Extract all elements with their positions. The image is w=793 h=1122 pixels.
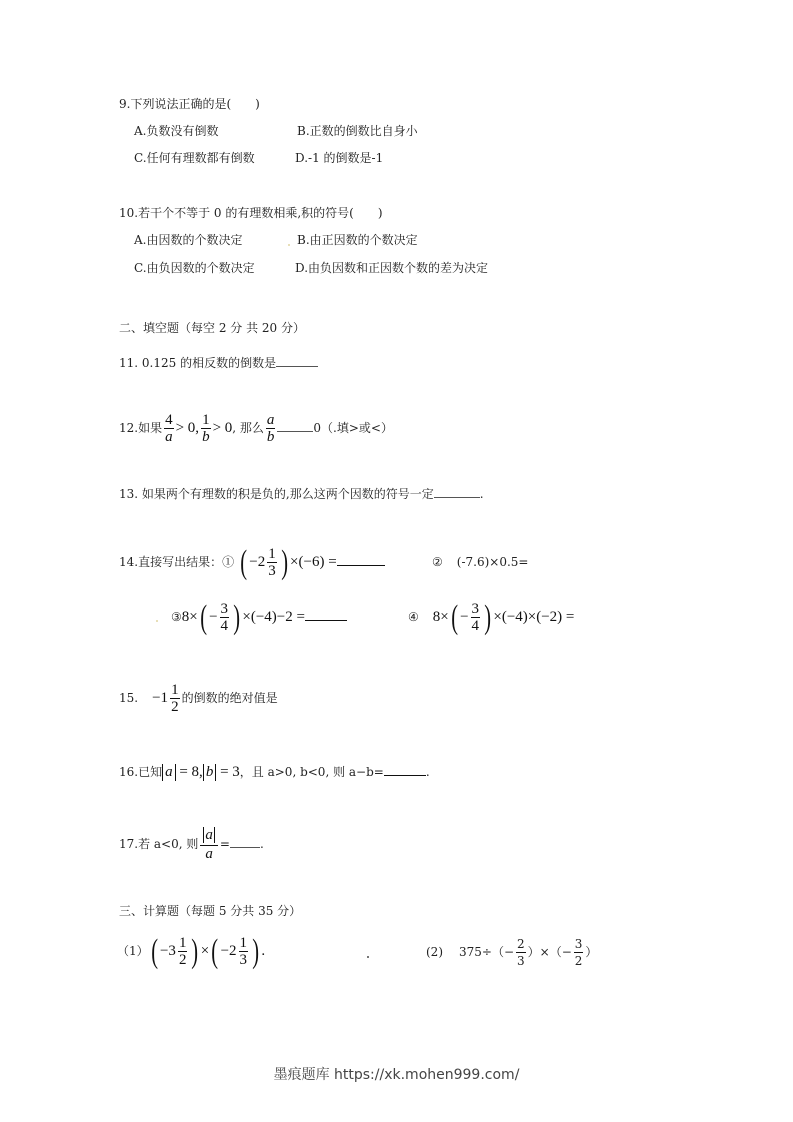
expression-rest: ×(−4)−2 = [242, 609, 305, 625]
expression-2: (-7.6)×0.5= [457, 555, 529, 569]
question-15: 15.−112的倒数的绝对值是 [119, 680, 278, 716]
numerator: 1 [178, 935, 188, 951]
circled-3: ③ [171, 610, 182, 624]
fraction-1-over-3: 13 [239, 935, 249, 968]
period: . [480, 487, 484, 501]
fraction-abs-a-over-a: aa [200, 827, 218, 862]
left-paren: ( [451, 603, 458, 633]
right-paren: ) [233, 603, 240, 633]
question-9-option-d: D.-1 的倒数是-1 [295, 150, 383, 166]
fraction-3-over-4: 34 [220, 601, 230, 634]
equals: = [220, 837, 230, 851]
left-paren: ( [200, 603, 207, 633]
fraction-1-over-3: 13 [267, 546, 277, 579]
fraction-3-over-4: 34 [471, 601, 481, 634]
calc-1: （1）(−312)×(−213). [117, 930, 265, 972]
denominator: b [266, 428, 276, 445]
question-14-part-3: ③8×(−34)×(−4)−2 = [171, 597, 347, 637]
numerator: 3 [220, 601, 230, 617]
right-paren: ) [281, 548, 288, 578]
expression-rest: ×(−6) = [290, 554, 337, 570]
denominator: 3 [516, 952, 526, 969]
denominator: a [200, 845, 218, 862]
calc-1-label: （1） [117, 944, 149, 958]
answer-blank[interactable] [305, 608, 347, 621]
numerator: 3 [574, 936, 584, 952]
stray-dot [367, 956, 369, 958]
answer-blank[interactable] [434, 485, 480, 498]
fraction-3-over-2: 32 [574, 936, 584, 969]
question-13-text: 13. 如果两个有理数的积是负的,那么这两个因数的符号一定 [119, 487, 434, 501]
question-16-text: ，且 a>0, b<0, 则 a−b= [240, 765, 384, 779]
expression-3: 8×(−34)×(−4)−2 = [182, 609, 305, 625]
numerator: 1 [201, 412, 211, 428]
numerator: 3 [471, 601, 481, 617]
question-9-option-a: A.负数没有倒数 [134, 123, 218, 139]
section-2-title: 二、填空题（每空 2 分 共 20 分） [119, 320, 305, 336]
left-paren: ( [151, 937, 158, 967]
answer-blank[interactable] [337, 553, 385, 566]
question-17-prefix: 17.若 a<0, 则 [119, 837, 198, 851]
question-15-prefix: 15. [119, 691, 138, 705]
whole-part: −3 [160, 943, 176, 959]
expression-lead: 8× [433, 609, 449, 625]
whole-part: −2 [221, 943, 237, 959]
abs-a: a [162, 764, 176, 781]
numerator: 1 [170, 682, 180, 698]
abs-b: b [203, 764, 217, 781]
denominator: 3 [267, 562, 277, 579]
left-paren: ( [212, 937, 219, 967]
question-10-stem: 10.若干个不等于 0 的有理数相乘,积的符号( ) [119, 205, 383, 221]
numerator: 1 [239, 935, 249, 951]
inequality-1: > 0, [176, 420, 199, 436]
right-paren: ) [252, 937, 259, 967]
question-9-option-c: C.任何有理数都有倒数 [134, 150, 255, 166]
denominator: 3 [239, 951, 249, 968]
denominator: 2 [178, 951, 188, 968]
denominator: 4 [220, 617, 230, 634]
question-14-part-4: ④8×(−34)×(−4)×(−2) = [408, 597, 574, 637]
question-17: 17.若 a<0, 则aa=. [119, 822, 264, 866]
question-14-part-2: ②(-7.6)×0.5= [432, 554, 528, 570]
question-9-option-b: B.正数的倒数比自身小 [297, 123, 418, 139]
question-12: 12.如果4a> 0,1b> 0, 那么ab0（.填>或<） [119, 410, 393, 446]
question-12-mid: , 那么 [232, 421, 264, 435]
question-13: 13. 如果两个有理数的积是负的,那么这两个因数的符号一定. [119, 485, 484, 502]
question-14-prefix: 14.直接写出结果：① [119, 555, 234, 569]
fraction-1-over-b: 1b [201, 412, 211, 445]
minus: − [460, 609, 468, 625]
equals-8: = 8, [179, 764, 202, 780]
section-3-title: 三、计算题（每题 5 分共 35 分） [119, 903, 301, 919]
expression-rest: ×(−4)×(−2) = [493, 609, 574, 625]
left-paren: ( [240, 548, 247, 578]
question-9-stem: 9.下列说法正确的是( ) [119, 96, 260, 112]
answer-blank[interactable] [384, 763, 426, 776]
question-16: 16.已知a = 8,b = 3，且 a>0, b<0, 则 a−b=. [119, 760, 430, 784]
equals-3: = 3 [220, 764, 240, 780]
expression-1: (−213)×(−6) = [238, 554, 337, 570]
denominator: 2 [170, 698, 180, 715]
inequality-2: > 0 [213, 420, 233, 436]
answer-blank[interactable] [230, 835, 260, 848]
fraction-1-over-2: 12 [170, 682, 180, 715]
calc-1-expression: (−312)×(−213). [149, 943, 265, 959]
abs-expression: a = 8,b = 3 [162, 764, 240, 780]
numerator-abs-a: a [203, 827, 215, 843]
whole-part: −1 [152, 690, 168, 706]
fraction-4-over-a: 4a [164, 412, 174, 445]
numerator: 1 [267, 546, 277, 562]
numerator: 4 [164, 412, 174, 428]
question-12-suffix: 0（.填>或<） [313, 421, 393, 435]
period: . [261, 943, 265, 959]
times: × [201, 943, 209, 959]
question-11: 11. 0.125 的相反数的倒数是 [119, 354, 318, 371]
question-15-text: 的倒数的绝对值是 [182, 691, 278, 705]
denominator: a [164, 428, 174, 445]
stray-dot [156, 620, 158, 622]
question-14-row-1: 14.直接写出结果：① (−213)×(−6) = [119, 543, 385, 581]
denominator: b [201, 428, 211, 445]
circled-2: ② [432, 555, 443, 569]
question-11-text: 11. 0.125 的相反数的倒数是 [119, 356, 276, 370]
denominator: 2 [574, 952, 584, 969]
numerator: a [266, 412, 276, 428]
question-10-option-d: D.由负因数和正因数个数的差为决定 [295, 260, 488, 276]
calc-2-end: ） [585, 945, 597, 959]
fraction-2-over-3: 23 [516, 936, 526, 969]
question-10-option-b: B.由正因数的个数决定 [297, 232, 418, 248]
period: . [260, 837, 264, 851]
minus: − [209, 609, 217, 625]
question-10-option-a: A.由因数的个数决定 [134, 232, 242, 248]
question-10-option-c: C.由负因数的个数决定 [134, 260, 255, 276]
numerator: 2 [516, 936, 526, 952]
denominator: 4 [471, 617, 481, 634]
calc-2-mid: ）×（− [528, 945, 572, 959]
calc-2: (2)375÷（−23）×（−32） [426, 932, 597, 972]
fraction-1-over-2: 12 [178, 935, 188, 968]
period: . [426, 765, 430, 779]
question-16-prefix: 16.已知 [119, 765, 162, 779]
question-12-prefix: 12.如果 [119, 421, 162, 435]
right-paren: ) [192, 937, 199, 967]
expression-4: 8×(−34)×(−4)×(−2) = [433, 609, 575, 625]
fraction-a-over-b: ab [266, 412, 276, 445]
footer-watermark: 墨痕题库 https://xk.mohen999.com/ [0, 1064, 793, 1084]
whole-part: −2 [249, 554, 265, 570]
calc-2-lead: 375÷（− [459, 945, 514, 959]
answer-blank[interactable] [276, 354, 318, 367]
calc-2-label: (2) [426, 945, 443, 959]
stray-dot [288, 244, 290, 246]
answer-blank[interactable] [277, 419, 313, 432]
right-paren: ) [484, 603, 491, 633]
circled-4: ④ [408, 610, 419, 624]
expression-lead: 8× [182, 609, 198, 625]
